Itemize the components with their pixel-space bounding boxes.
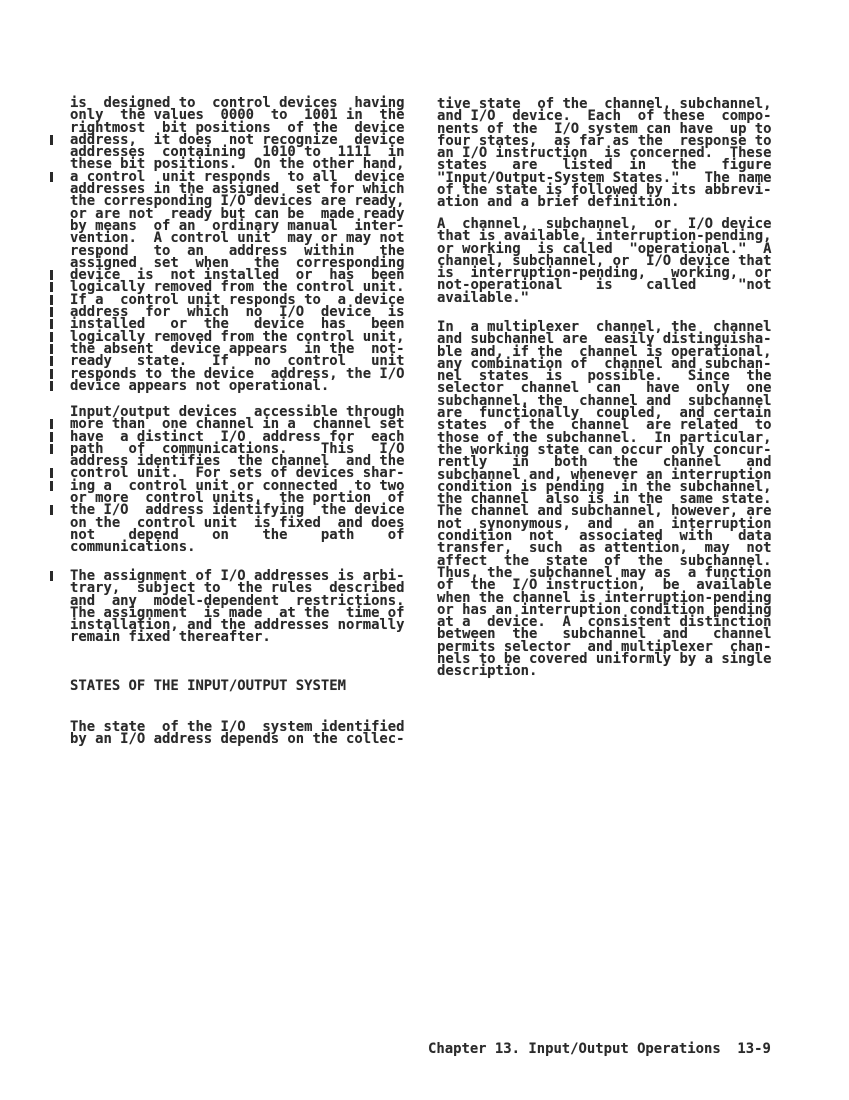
change-bar-icon: [50, 505, 53, 515]
text-line: ation and a brief definition.: [437, 196, 772, 208]
change-bar-icon: [50, 369, 53, 379]
change-bar-icon: [50, 270, 53, 280]
paragraph-body-text: is designed to control devices havingonl…: [70, 97, 405, 392]
change-bar-icon: [50, 135, 53, 145]
page-footer: Chapter 13. Input/Output Operations 13-9: [428, 1043, 771, 1055]
change-bar-icon: [50, 571, 53, 581]
change-bar-icon: [50, 344, 53, 354]
change-bar-icon: [50, 419, 53, 429]
change-bar-icon: [50, 444, 53, 454]
change-bar-icon: [50, 307, 53, 317]
text-line: available.": [437, 292, 772, 304]
paragraph-body-text: A channel, subchannel, or I/O devicethat…: [437, 218, 772, 304]
paragraph-body-text: tive state of the channel, subchannel,an…: [437, 98, 772, 209]
text-line: remain fixed thereafter.: [70, 631, 405, 643]
line-text: remain fixed thereafter.: [70, 629, 271, 645]
line-text: description.: [437, 663, 537, 679]
change-bar-icon: [50, 295, 53, 305]
change-bar-icon: [50, 481, 53, 491]
change-bar-icon: [50, 172, 53, 182]
line-text: device appears not operational.: [70, 378, 329, 394]
text-line: by an I/O address depends on the collec-: [70, 733, 405, 745]
paragraph-body-text: The state of the I/O system identifiedby…: [70, 721, 405, 746]
change-bar-icon: [50, 468, 53, 478]
change-bar-icon: [50, 432, 53, 442]
change-bar-icon: [50, 282, 53, 292]
text-line: device appears not operational.: [70, 380, 405, 392]
change-bar-icon: [50, 381, 53, 391]
paragraph-body-text: Input/output devices accessible throughm…: [70, 406, 405, 554]
change-bar-icon: [50, 356, 53, 366]
text-line: communications.: [70, 541, 405, 553]
change-bar-icon: [50, 332, 53, 342]
document-page: is designed to control devices havingonl…: [0, 0, 849, 1100]
line-text: ation and a brief definition.: [437, 194, 680, 210]
paragraph-body-text: The assignment of I/O addresses is arbi-…: [70, 570, 405, 644]
text-line: description.: [437, 665, 772, 677]
line-text: by an I/O address depends on the collec-: [70, 731, 405, 747]
line-text: communications.: [70, 539, 195, 555]
section-heading: STATES OF THE INPUT/OUTPUT SYSTEM: [70, 680, 346, 692]
line-text: STATES OF THE INPUT/OUTPUT SYSTEM: [70, 678, 346, 694]
text-line: STATES OF THE INPUT/OUTPUT SYSTEM: [70, 680, 346, 692]
line-text: available.": [437, 290, 529, 306]
change-bar-icon: [50, 319, 53, 329]
paragraph-body-text: In a multiplexer channel, the channeland…: [437, 321, 772, 678]
